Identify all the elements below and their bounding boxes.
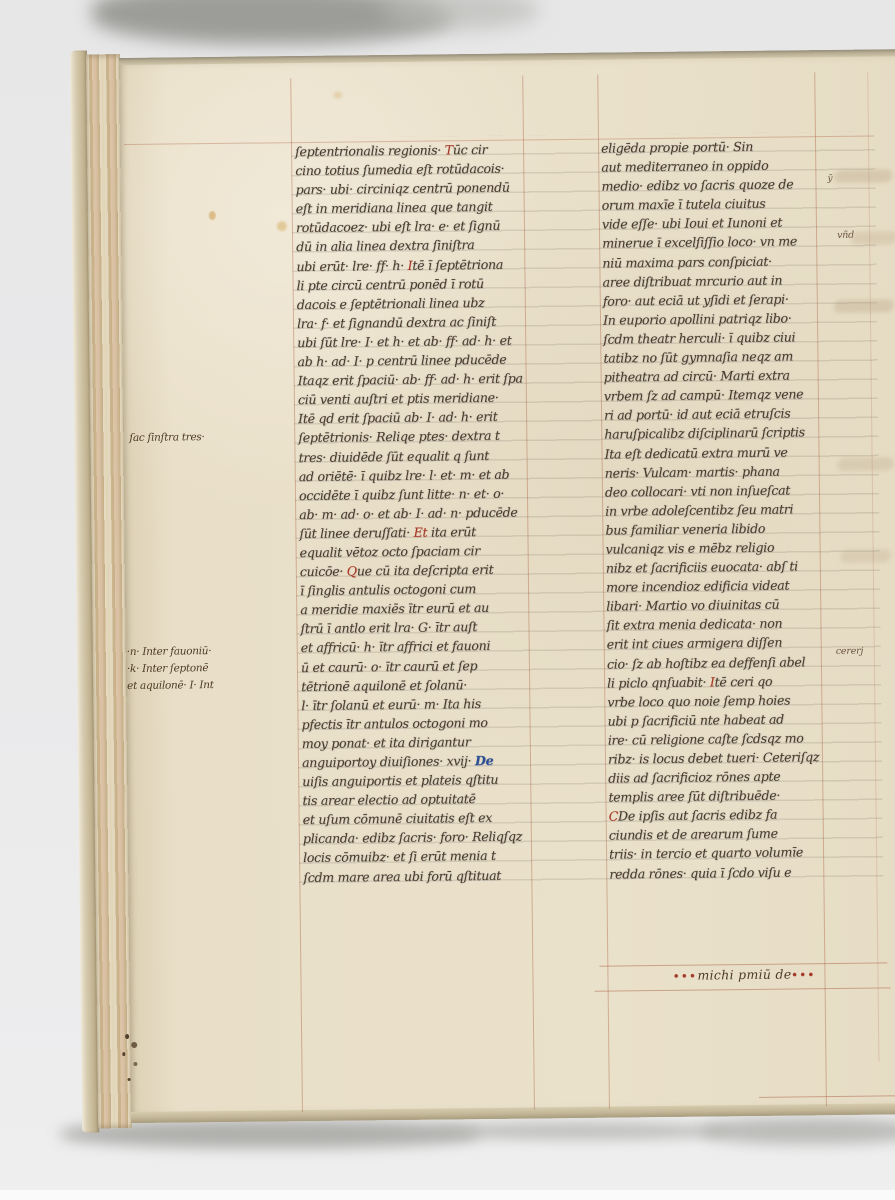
text-line: erit int ciues armigera diſſen (607, 634, 829, 656)
text-segment: cio· ſz ab hoſtibz ea deffenſi abel (607, 654, 805, 671)
show-through-smudge (834, 169, 894, 183)
text-segment: templis aree ſūt diſtribuēde· (608, 788, 780, 805)
show-through-smudge (840, 549, 892, 563)
text-segment: neris· Vulcam· martis· phana (605, 463, 780, 480)
text-segment: plicanda· edibz ſacris· foro· Reliqſqz (303, 829, 522, 846)
text-segment: vrbem ſz ad campū· Itemqz vene (604, 387, 804, 404)
ink-speck (122, 1052, 125, 1056)
left-margin-note: ſac ſinſtra tres· (129, 429, 204, 447)
text-line: medio· edibz vo ſacris quoze de (601, 175, 823, 197)
text-line: niū maxima pars conſpiciat· (602, 252, 824, 274)
text-line: foro· aut eciā ut yſidi et ſerapi· (603, 290, 825, 312)
text-segment: pitheatra ad circū· Marti extra (604, 368, 790, 385)
text-segment: ciū venti auſtri et ptis meridiane· (298, 390, 499, 407)
text-segment: ·k· Inter ſeptonē (127, 662, 208, 675)
text-segment: tres· diuidēde ſūt equalit q ſunt (298, 447, 489, 464)
text-line: li piclo qnſuabit· Itē ceri qo (607, 672, 829, 694)
text-line: tis arear electio ad optuitatē (302, 790, 534, 812)
open-book: ſeptentrionalis regionis· Tūc circino to… (64, 37, 895, 1139)
text-segment: ·n· Inter fauoniū· (127, 645, 212, 658)
text-segment: ī ſinglis antulis octogoni cum (300, 581, 476, 598)
text-segment: ubi ſūt lre· I· et h· et ab· ff· ad· h· … (297, 333, 511, 350)
text-segment: diis ad ſacrificioz rōnes apte (608, 769, 780, 786)
text-segment: Q (347, 563, 357, 578)
text-segment: libari· Martio vo diuinitas cū (606, 597, 779, 614)
text-line: ū et caurū· o· ītr caurū et ſep (301, 656, 533, 678)
text-segment: T (445, 142, 453, 157)
text-line: bus familiar veneria libido (605, 519, 827, 541)
text-line: redda rōnes· quia ī ſcdo viſu e (609, 863, 831, 885)
text-segment: tē ī ſeptētriona (412, 256, 503, 272)
text-line: ri ad portū· id aut eciā etruſcis (604, 404, 826, 426)
text-segment: ad oriētē· ī quibz lre· l· et· m· et ab (299, 466, 510, 483)
text-line: dū in alia linea dextra ſiniſtra (296, 236, 528, 258)
text-segment: ∙∙∙ (673, 968, 698, 983)
text-segment: ue cū ita deſcripta erit (357, 562, 494, 579)
text-line: ſeptentrionalis regionis· Tūc cir (295, 140, 527, 162)
text-segment: ſit extra menia dedicata· non (606, 616, 782, 633)
text-segment: tatibz no ſūt gymnaſia neqz am (603, 348, 793, 365)
text-segment: ſcdm theatr herculi· ī quibz ciui (603, 329, 795, 346)
text-segment: dacois e ſeptētrionali linea ubz (297, 295, 485, 312)
text-line: uiſis anguiportis et plateis qſtitu (302, 771, 534, 793)
photograph-of-manuscript: ſeptentrionalis regionis· Tūc circino to… (0, 0, 895, 1200)
text-segment: cino totius ſumedia eſt rotūdacois· (295, 161, 504, 178)
text-line: CDe ipſis aut ſacris edibz fa (609, 805, 831, 827)
text-segment: triis· in tercio et quarto volumīe (609, 845, 803, 862)
text-line: cuicōe· Que cū ita deſcripta erit (300, 561, 532, 583)
text-line: anguiportoy diuiſiones· xvij· De (302, 751, 534, 773)
text-segment: l· ītr ſolanū et eurū· m· Ita his (301, 696, 481, 713)
show-through-smudge (837, 457, 895, 471)
text-segment: redda rōnes· quia ī ſcdo viſu e (609, 864, 791, 881)
text-segment: ab h· ad· I· p centrū linee pducēde (297, 352, 506, 369)
text-line: templis aree ſūt diſtribuēde· (608, 786, 830, 808)
text-segment: De ipſis aut ſacris edibz fa (618, 807, 777, 824)
text-line: ·k· Inter ſeptonē (127, 660, 214, 678)
text-line: locis cōmuibz· et ſi erūt menia t (303, 847, 535, 869)
ink-speck (128, 1078, 131, 1081)
text-line: ſūt linee deruſſati· Et ita erūt (299, 522, 531, 544)
text-segment: dū in alia linea dextra ſiniſtra (296, 238, 474, 255)
text-line: dacois e ſeptētrionali linea ubz (297, 293, 529, 315)
text-line: eſt in meridiana linea que tangit (296, 198, 528, 220)
text-line: cio· ſz ab hoſtibz ea deffenſi abel (607, 653, 829, 675)
text-segment: et uſum cōmunē ciuitatis eſt ex (303, 810, 493, 827)
text-line: ·n· Inter fauoniū· (127, 643, 214, 661)
ink-speck (125, 1034, 129, 1039)
text-line: minerue ī excelſiſſio loco· vn me (602, 233, 824, 255)
text-line: aut mediterraneo in oppido (601, 156, 823, 178)
text-segment: ita erūt (427, 524, 476, 540)
text-segment: aree diſtribuat mrcurio aut in (602, 272, 782, 289)
text-line: Ita eſt dedicatū extra murū ve (604, 443, 826, 465)
text-segment: Et (414, 524, 428, 539)
text-line: ſeptētrionis· Reliqe ptes· dextra t (298, 427, 530, 449)
text-line: ubi ſūt lre· I· et h· et ab· ff· ad· h· … (297, 331, 529, 353)
text-line: tatibz no ſūt gymnaſia neqz am (603, 347, 825, 369)
ink-speck (131, 1042, 137, 1048)
text-segment: Ita eſt dedicatū extra murū ve (604, 444, 787, 461)
text-line: pitheatra ad circū· Marti extra (604, 366, 826, 388)
text-line: occidēte ī quibz ſunt litte· n· et· o· (299, 484, 531, 506)
text-column-right: eligēda propie portū· Sinaut mediterrane… (601, 137, 831, 884)
text-line: more incendioz edificia videat (606, 576, 828, 598)
text-line: tētrionē aquilonē et ſolanū· (301, 675, 533, 697)
text-segment: In euporio apollini patriqz libo· (603, 310, 792, 327)
show-through-smudge (833, 299, 895, 313)
text-segment: Itaqz erit ſpaciū· ab· ff· ad· h· erit ſ… (298, 371, 523, 389)
right-margin-note: cererj (836, 646, 864, 657)
catchword-line: ∙∙∙michi pmiū de∙∙∙ (599, 965, 889, 983)
text-segment: haruſpicalibz diſciplinarū ſcriptis (604, 425, 805, 442)
text-line: Itaqz erit ſpaciū· ab· ff· ad· h· erit ſ… (298, 370, 530, 392)
text-line: equalit vētoz octo ſpaciam cir (300, 541, 532, 563)
text-segment: michi pmiū de (697, 967, 791, 983)
text-segment: occidēte ī quibz ſunt litte· n· et· o· (299, 485, 504, 502)
text-line: In euporio apollini patriqz libo· (603, 309, 825, 331)
text-line: haruſpicalibz diſciplinarū ſcriptis (604, 423, 826, 445)
text-segment: ribz· is locus debet tueri· Ceteriſqz (608, 749, 819, 766)
text-line: ciū venti auſtri et ptis meridiane· (298, 389, 530, 411)
text-segment: ſcdm mare area ubi forū qſtituat (303, 867, 501, 884)
catchword-ruling-bottom (595, 987, 891, 991)
text-segment: ſūt linee deruſſati· (299, 525, 413, 541)
text-segment: ab· m· ad· o· et ab· I· ad· n· pducēde (299, 504, 517, 521)
text-segment: ri ad portū· id aut eciā etruſcis (604, 406, 790, 423)
text-column-left: ſeptentrionalis regionis· Tūc circino to… (295, 140, 535, 887)
text-line: ſcdm mare area ubi forū qſtituat (303, 866, 535, 888)
text-line: vrbe loco quo noie ſemp hoies (607, 691, 829, 713)
text-segment: tis arear electio ad optuitatē (302, 791, 475, 808)
text-line: ī ſinglis antulis octogoni cum (300, 580, 532, 602)
text-line: nibz et ſacrificiis euocata· abſ ti (606, 557, 828, 579)
text-segment: moy ponat· et ita dirigantur (302, 734, 471, 751)
text-line: l· ītr ſolanū et eurū· m· Ita his (301, 694, 533, 716)
text-line: pars· ubi· circiniqz centrū ponendū (295, 179, 527, 201)
text-line: Itē qd erit ſpaciū ab· I· ad· h· erit (298, 408, 530, 430)
text-line: rotūdacoez· ubi eſt lra· e· et ſignū (296, 217, 528, 239)
page-bottom-edge (131, 1103, 895, 1123)
show-through-smudge (850, 231, 895, 245)
text-segment: et affricū· h· ītr affrici et fauoni (301, 638, 491, 655)
text-segment: in vrbe adoleſcentibz ſeu matri (605, 501, 793, 518)
text-segment: uiſis anguiportis et plateis qſtitu (302, 772, 498, 789)
text-line: eligēda propie portū· Sin (601, 137, 823, 159)
text-segment: ciundis et de arearum ſume (609, 826, 778, 843)
text-segment: tē ceri qo (714, 673, 772, 689)
page-top-edge (119, 49, 895, 65)
text-segment: anguiportoy diuiſiones· xvij· (302, 753, 475, 770)
text-line: deo collocari· vti non inſueſcat (605, 481, 827, 503)
text-segment: lra· f· et ſignandū dextra ac ſiniſt (297, 314, 496, 331)
text-segment: li pte circū centrū ponēd ī rotū (297, 276, 484, 293)
text-line: ubi p ſacrificiū nte habeat ad (607, 710, 829, 732)
text-segment: medio· edibz vo ſacris quoze de (601, 177, 793, 194)
text-line: libari· Martio vo diuinitas cū (606, 595, 828, 617)
stain (209, 211, 216, 220)
text-line: diis ad ſacrificioz rōnes apte (608, 767, 830, 789)
text-line: in vrbe adoleſcentibz ſeu matri (605, 500, 827, 522)
text-segment: erit int ciues armigera diſſen (607, 635, 783, 652)
text-line: ribz· is locus debet tueri· Ceteriſqz (608, 748, 830, 770)
bottom-ruling-line (759, 1095, 895, 1098)
text-line: ſtrū ī antlo erit lra· G· ītr auſt (300, 618, 532, 640)
text-segment: vide eſſe· ubi Ioui et Iunoni et (602, 215, 782, 232)
text-line: vrbem ſz ad campū· Itemqz vene (604, 385, 826, 407)
text-segment: et aquilonē· I· Int (127, 679, 214, 692)
text-line: et affricū· h· ītr affrici et fauoni (301, 637, 533, 659)
text-line: ſit extra menia dedicata· non (606, 614, 828, 636)
text-line: ab h· ad· I· p centrū linee pducēde (297, 350, 529, 372)
text-segment: tētrionē aquilonē et ſolanū· (301, 677, 467, 694)
text-segment: li piclo qnſuabit· (607, 674, 710, 690)
text-segment: orum maxīe ī tutela ciuitus (602, 196, 766, 213)
text-line: vide eſſe· ubi Ioui et Iunoni et (602, 213, 824, 235)
text-line: tres· diuidēde ſūt equalit q ſunt (298, 446, 530, 468)
text-segment: niū maxima pars conſpiciat· (602, 253, 772, 270)
text-segment: ſtrū ī antlo erit lra· G· ītr auſt (300, 619, 477, 636)
parchment-page: ſeptentrionalis regionis· Tūc circino to… (119, 49, 895, 1123)
text-segment: ſeptētrionis· Reliqe ptes· dextra t (298, 428, 499, 445)
text-line: pfectis ītr antulos octogoni mo (301, 713, 533, 735)
text-segment: pars· ubi· circiniqz centrū ponendū (295, 180, 509, 197)
ink-speck (133, 1062, 137, 1066)
left-margin-note: ·n· Inter fauoniū··k· Inter ſeptonēet aq… (127, 643, 214, 695)
text-line: et uſum cōmunē ciuitatis eſt ex (303, 809, 535, 831)
text-segment: cuicōe· (300, 564, 347, 580)
text-segment: vulcaniqz vis e mēbz religio (606, 540, 775, 557)
text-segment: foro· aut eciā ut yſidi et ſerapi· (603, 291, 789, 308)
text-line: a meridie maxiēs ītr eurū et au (300, 599, 532, 621)
text-segment: locis cōmuibz· et ſi erūt menia t (303, 848, 496, 865)
text-line: ire· cū religione caſte ſcdsqz mo (608, 729, 830, 751)
text-line: triis· in tercio et quarto volumīe (609, 844, 831, 866)
text-line: moy ponat· et ita dirigantur (302, 732, 534, 754)
text-segment: ūc cir (453, 142, 488, 157)
text-line: aree diſtribuat mrcurio aut in (602, 271, 824, 293)
text-segment: eligēda propie portū· Sin (601, 139, 753, 156)
text-segment: deo collocari· vti non inſueſcat (605, 482, 790, 499)
text-segment: eſt in meridiana linea que tangit (296, 199, 493, 216)
text-line: lra· f· et ſignandū dextra ac ſiniſt (297, 312, 529, 334)
text-line: plicanda· edibz ſacris· foro· Reliqſqz (303, 828, 535, 850)
text-segment: pfectis ītr antulos octogoni mo (301, 715, 487, 732)
right-margin-mark: ỹ (827, 174, 832, 184)
text-segment: ∙∙∙ (791, 966, 816, 981)
text-line: vulcaniqz vis e mēbz religio (606, 538, 828, 560)
text-line: neris· Vulcam· martis· phana (605, 462, 827, 484)
text-segment: ū et caurū· o· ītr caurū et ſep (301, 658, 478, 675)
stain (333, 92, 342, 99)
text-line: li pte circū centrū ponēd ī rotū (297, 274, 529, 296)
text-segment: rotūdacoez· ubi eſt lra· e· et ſignū (296, 218, 500, 235)
text-line: orum maxīe ī tutela ciuitus (602, 194, 824, 216)
text-segment: minerue ī excelſiſſio loco· vn me (602, 234, 797, 251)
text-line: cino totius ſumedia eſt rotūdacois· (295, 160, 527, 182)
text-line: ciundis et de arearum ſume (609, 824, 831, 846)
text-line: ab· m· ad· o· et ab· I· ad· n· pducēde (299, 503, 531, 525)
text-segment: ſeptentrionalis regionis· (295, 142, 445, 159)
vertical-ruling-line (867, 72, 879, 1062)
text-segment: a meridie maxiēs ītr eurū et au (300, 600, 489, 617)
text-line: ſac ſinſtra tres· (129, 429, 204, 447)
text-segment: vrbe loco quo noie ſemp hoies (607, 692, 790, 709)
text-line: et aquilonē· I· Int (127, 677, 214, 695)
text-segment: ubi erūt· lre· ff· h· (296, 257, 407, 273)
text-segment: more incendioz edificia videat (606, 578, 789, 595)
text-segment: nibz et ſacrificiis euocata· abſ ti (606, 558, 798, 575)
stain (277, 221, 287, 231)
text-line: ubi erūt· lre· ff· h· Itē ī ſeptētriona (296, 255, 528, 277)
text-segment: bus familiar veneria libido (605, 521, 765, 538)
text-segment: equalit vētoz octo ſpaciam cir (300, 543, 480, 560)
text-segment: aut mediterraneo in oppido (601, 158, 768, 175)
text-segment: ubi p ſacrificiū nte habeat ad (607, 711, 783, 728)
text-segment: ſac ſinſtra tres· (129, 431, 204, 444)
text-segment: ire· cū religione caſte ſcdsqz mo (608, 730, 804, 747)
text-segment: Itē qd erit ſpaciū ab· I· ad· h· erit (298, 409, 497, 426)
text-line: ad oriētē· ī quibz lre· l· et· m· et ab (299, 465, 531, 487)
text-line: ſcdm theatr herculi· ī quibz ciui (603, 328, 825, 350)
text-segment: De (475, 753, 494, 768)
photo-bottom-strip (0, 1190, 895, 1200)
